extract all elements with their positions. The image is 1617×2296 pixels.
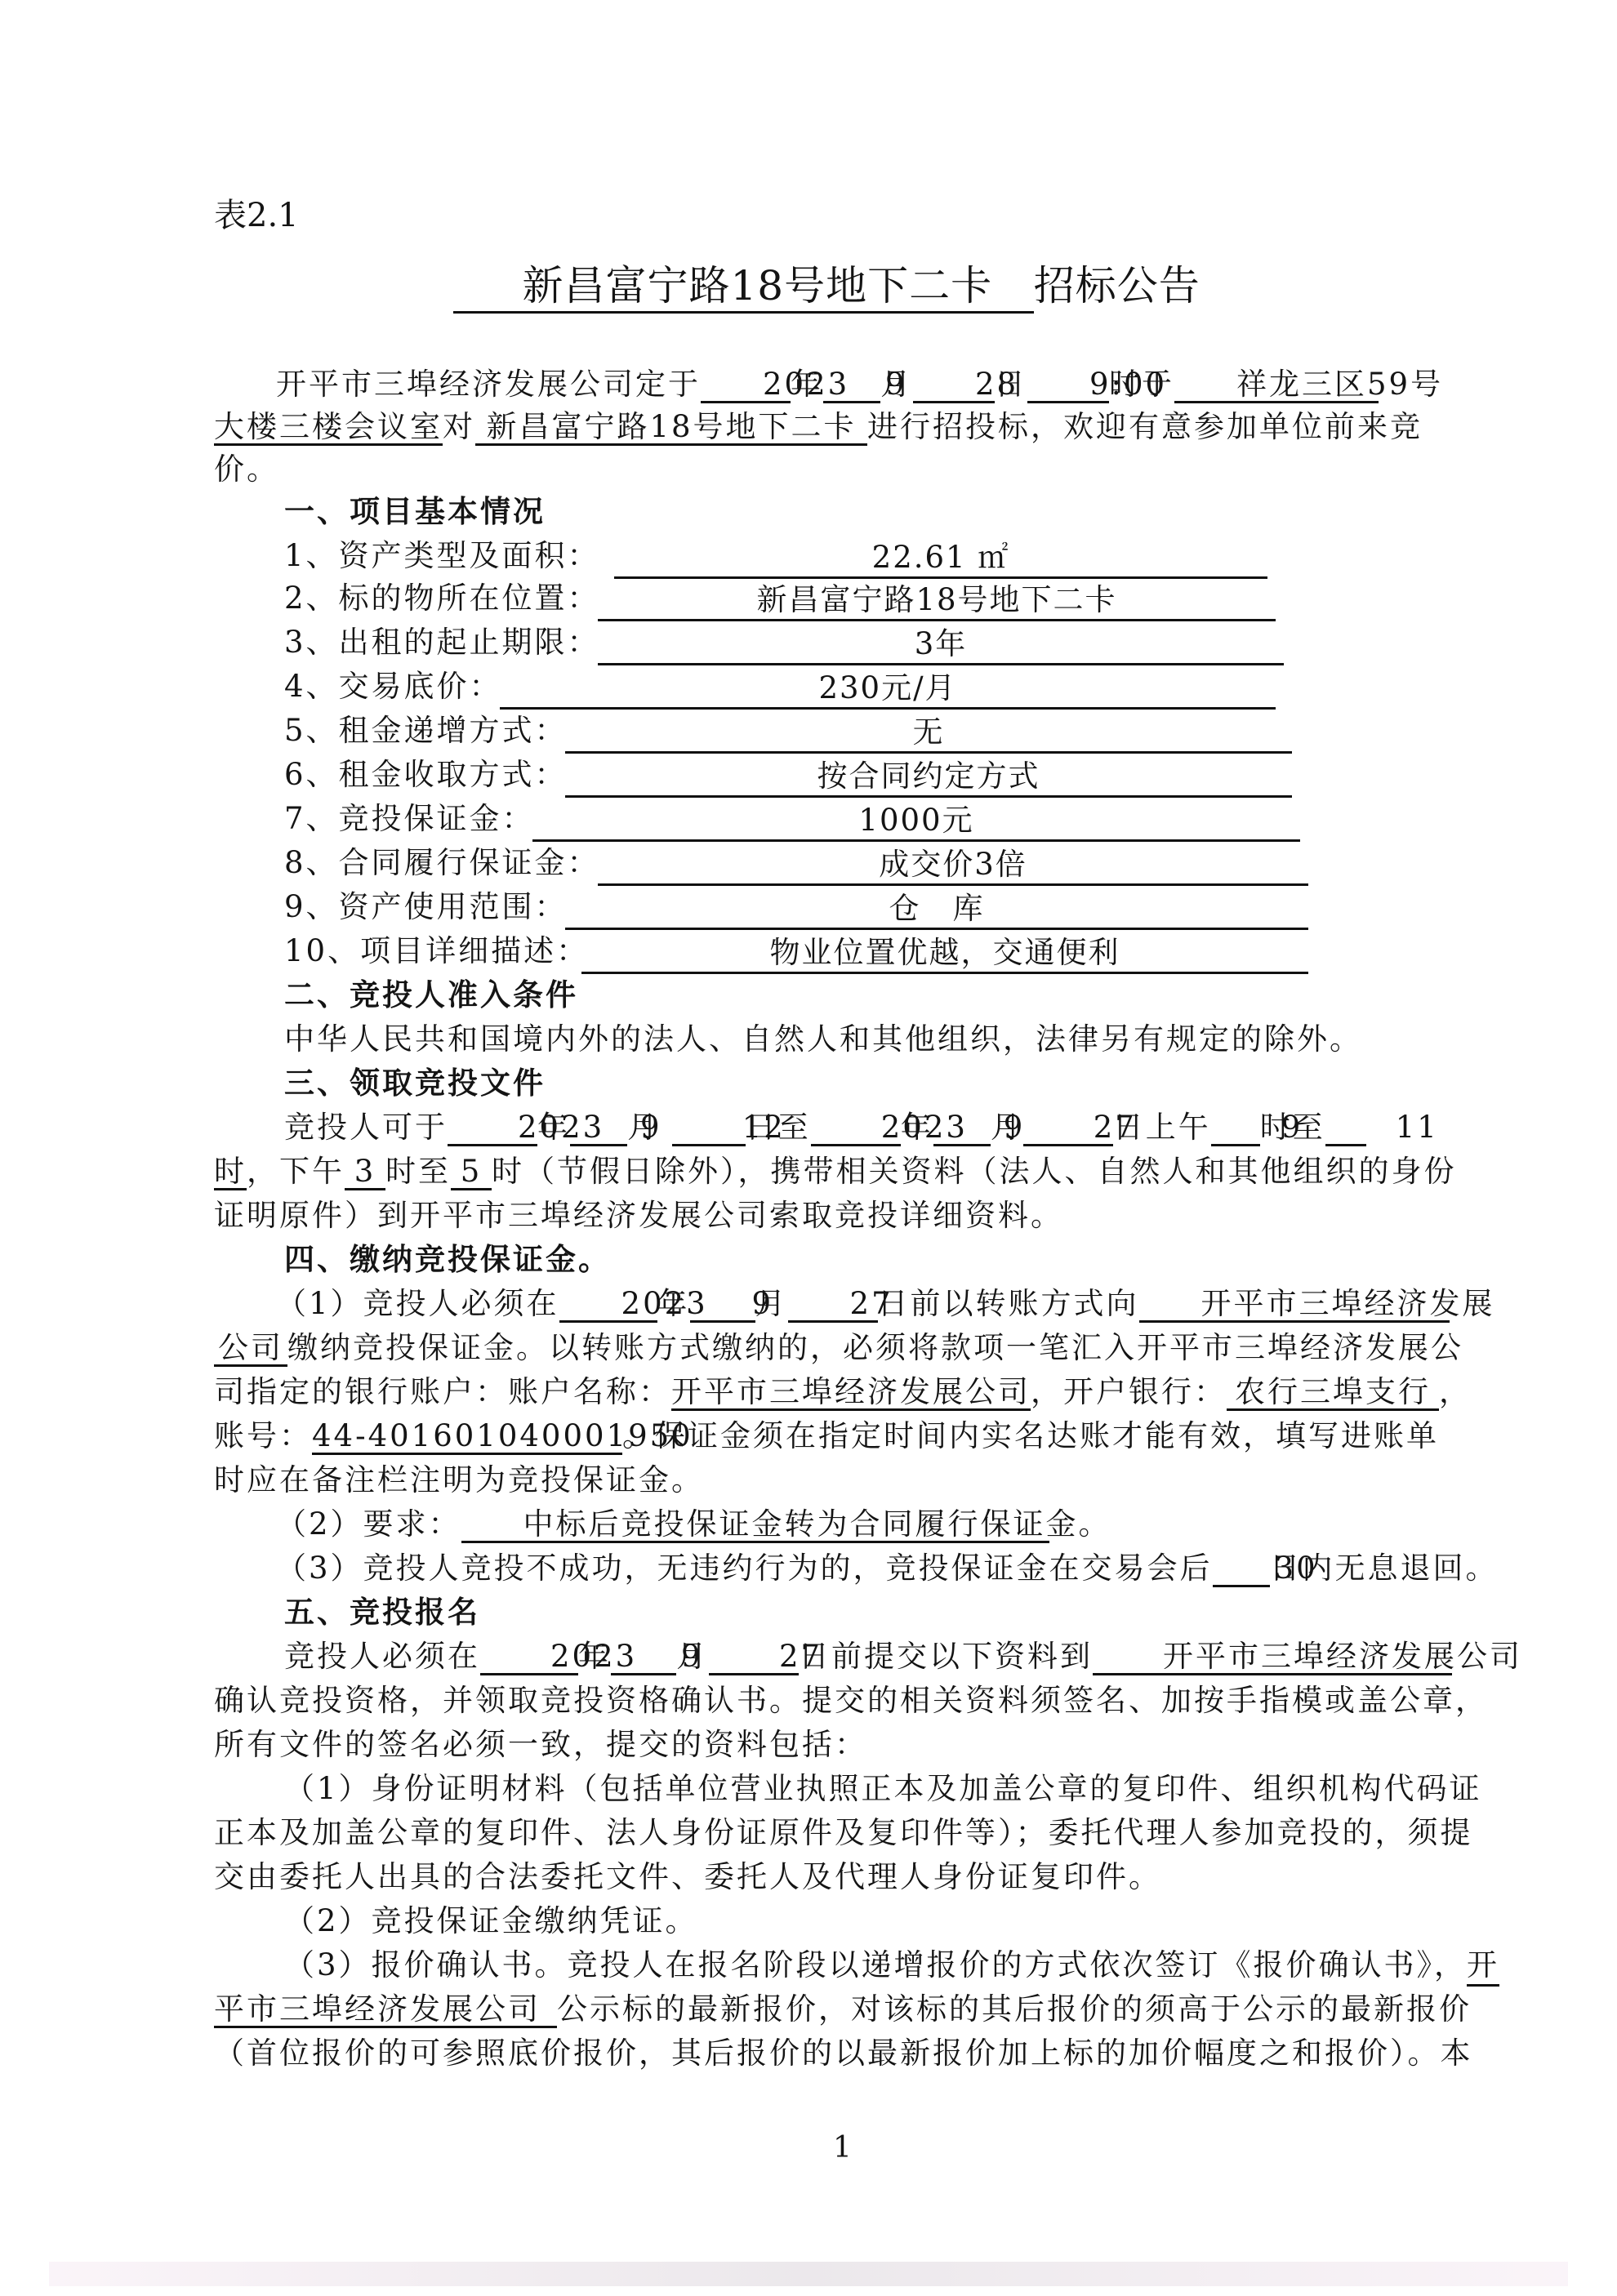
intro-subject: 新昌富宁路18号地下二卡 (475, 412, 867, 446)
field-value-rent-increase: 无 (565, 707, 1292, 754)
field-value-location: 新昌富宁路18号地下二卡 (598, 575, 1276, 621)
intro-venue-1: 祥龙三区59号 (1174, 369, 1379, 403)
title-subject: 新昌富宁路18号地下二卡 (453, 262, 1034, 314)
section4-item1-line-1: （1）竞投人必须在2023年9月27日前以转账方式向开平市三埠经济发展 (214, 1279, 1472, 1323)
field-value-rent-collection: 按合同约定方式 (565, 751, 1292, 798)
page-title: 新昌富宁路18号地下二卡 招标公告 (453, 253, 1200, 312)
field-value-performance-deposit: 成交价3倍 (598, 839, 1308, 886)
section5-item1-line-3: 交由委托人出具的合法委托文件、委托人及代理人身份证复印件。 (214, 1852, 1472, 1896)
section5-item2: （2）竞投保证金缴纳凭证。 (214, 1896, 1472, 1940)
section5-line-3: 所有文件的签名必须一致，提交的资料包括： (214, 1720, 1472, 1764)
section4-item1-line-5: 时应在备注栏注明为竞投保证金。 (214, 1455, 1472, 1499)
bank-name: 农行三埠支行 (1227, 1377, 1439, 1411)
intro-line-1: 开平市三埠经济发展公司定于2023年9月28日9:00时于祥龙三区59号 (214, 359, 1472, 403)
section1-heading: 一、项目基本情况 (284, 487, 1542, 531)
section5-item3-line-1: （3）报价确认书。竞投人在报名阶段以递增报价的方式依次签订《报价确认书》，开 (214, 1940, 1472, 1984)
section4-item2: （2）要求：中标后竞投保证金转为合同履行保证金。 (214, 1499, 1472, 1543)
section5-item1-line-2: 正本及加盖公章的复印件、法人身份证原件及复印件等）；委托代理人参加竞投的，须提 (214, 1808, 1472, 1852)
section3-line-2: 时，下午3时至5时（节假日除外），携带相关资料（法人、自然人和其他组织的身份 (214, 1146, 1472, 1190)
field-label-usage-scope: 9、资产使用范围： (284, 882, 568, 926)
document-page: 表2.1 新昌富宁路18号地下二卡 招标公告 开平市三埠经济发展公司定于2023… (0, 0, 1617, 2296)
intro-day: 28 (913, 369, 995, 403)
field-label-rent-increase: 5、租金递增方式： (284, 705, 568, 750)
field-label-term: 3、出租的起止期限： (284, 617, 600, 661)
field-label-bid-deposit: 7、竞投保证金： (284, 794, 535, 838)
field-label-location: 2、标的物所在位置： (284, 573, 600, 617)
section5-item1-line-1: （1）身份证明材料（包括单位营业执照正本及加盖公章的复印件、组织机构代码证 (214, 1764, 1472, 1808)
field-value-area: 22.61 ㎡ (614, 532, 1267, 579)
intro-year: 2023 (701, 369, 791, 403)
section5-line-1: 竞投人必须在2023年9月27日前提交以下资料到开平市三埠经济发展公司 (214, 1631, 1472, 1675)
intro-time: 9:00 (1027, 369, 1109, 403)
field-value-base-price: 230元/月 (500, 663, 1276, 710)
table-label: 表2.1 (214, 189, 299, 236)
section4-item3: （3）竞投人竞投不成功，无违约行为的，竞投保证金在交易会后30日内无息退回。 (214, 1543, 1472, 1587)
section3-line-3: 证明原件）到开平市三埠经济发展公司索取竞投详细资料。 (214, 1190, 1472, 1235)
section3-heading: 三、领取竞投文件 (284, 1058, 1542, 1102)
section2-text: 中华人民共和国境内外的法人、自然人和其他组织，法律另有规定的除外。 (284, 1014, 1542, 1058)
intro-venue-2: 大楼三楼会议室 (214, 412, 443, 446)
section4-item1-line-4: 账号：44-401601040001950。保证金须在指定时间内实名达账才能有效… (214, 1411, 1472, 1455)
section4-item1-line-3: 司指定的银行账户：账户名称：开平市三埠经济发展公司，开户银行：农行三埠支行， (214, 1367, 1472, 1411)
page-number: 1 (833, 2131, 852, 2165)
field-label-base-price: 4、交易底价： (284, 661, 502, 705)
field-label-rent-collection: 6、租金收取方式： (284, 750, 568, 794)
field-value-description: 物业位置优越，交通便利 (581, 928, 1308, 974)
section5-line-2: 确认竞投资格，并领取竞投资格确认书。提交的相关资料须签名、加按手指模或盖公章， (214, 1675, 1472, 1720)
field-label-area: 1、资产类型及面积： (284, 531, 600, 575)
section4-item1-line-2: 公司缴纳竞投保证金。以转账方式缴纳的，必须将款项一笔汇入开平市三埠经济发展公 (214, 1323, 1472, 1367)
section3-line-1: 竞投人可于2023年9月 12日至2023年9月27日上午9时至11 (214, 1102, 1472, 1146)
field-label-performance-deposit: 8、合同履行保证金： (284, 838, 600, 882)
account-number: 44-401601040001950 (312, 1421, 622, 1455)
scan-artifact (49, 2262, 1568, 2286)
intro-line-2: 大楼三楼会议室对新昌富宁路18号地下二卡进行招投标，欢迎有意参加单位前来竞 (214, 402, 1472, 446)
intro-line-3: 价。 (214, 444, 1472, 488)
section4-heading: 四、缴纳竞投保证金。 (284, 1235, 1542, 1279)
field-value-usage-scope: 仓 库 (565, 883, 1308, 930)
section5-item3-line-2: 平市三埠经济发展公司公示标的最新报价，对该标的其后报价的须高于公示的最新报价 (214, 1984, 1472, 2028)
intro-month: 9 (823, 369, 880, 403)
field-value-term: 3年 (598, 619, 1284, 665)
section2-heading: 二、竞投人准入条件 (284, 970, 1542, 1014)
account-name: 开平市三埠经济发展公司 (671, 1377, 1031, 1411)
field-label-description: 10、项目详细描述： (284, 926, 589, 970)
section5-heading: 五、竞投报名 (284, 1587, 1542, 1631)
section5-item3-line-3: （首位报价的可参照底价报价，其后报价的以最新报价加上标的加价幅度之和报价）。本 (214, 2028, 1472, 2072)
field-value-bid-deposit: 1000元 (532, 795, 1300, 842)
title-suffix: 招标公告 (1034, 262, 1200, 309)
